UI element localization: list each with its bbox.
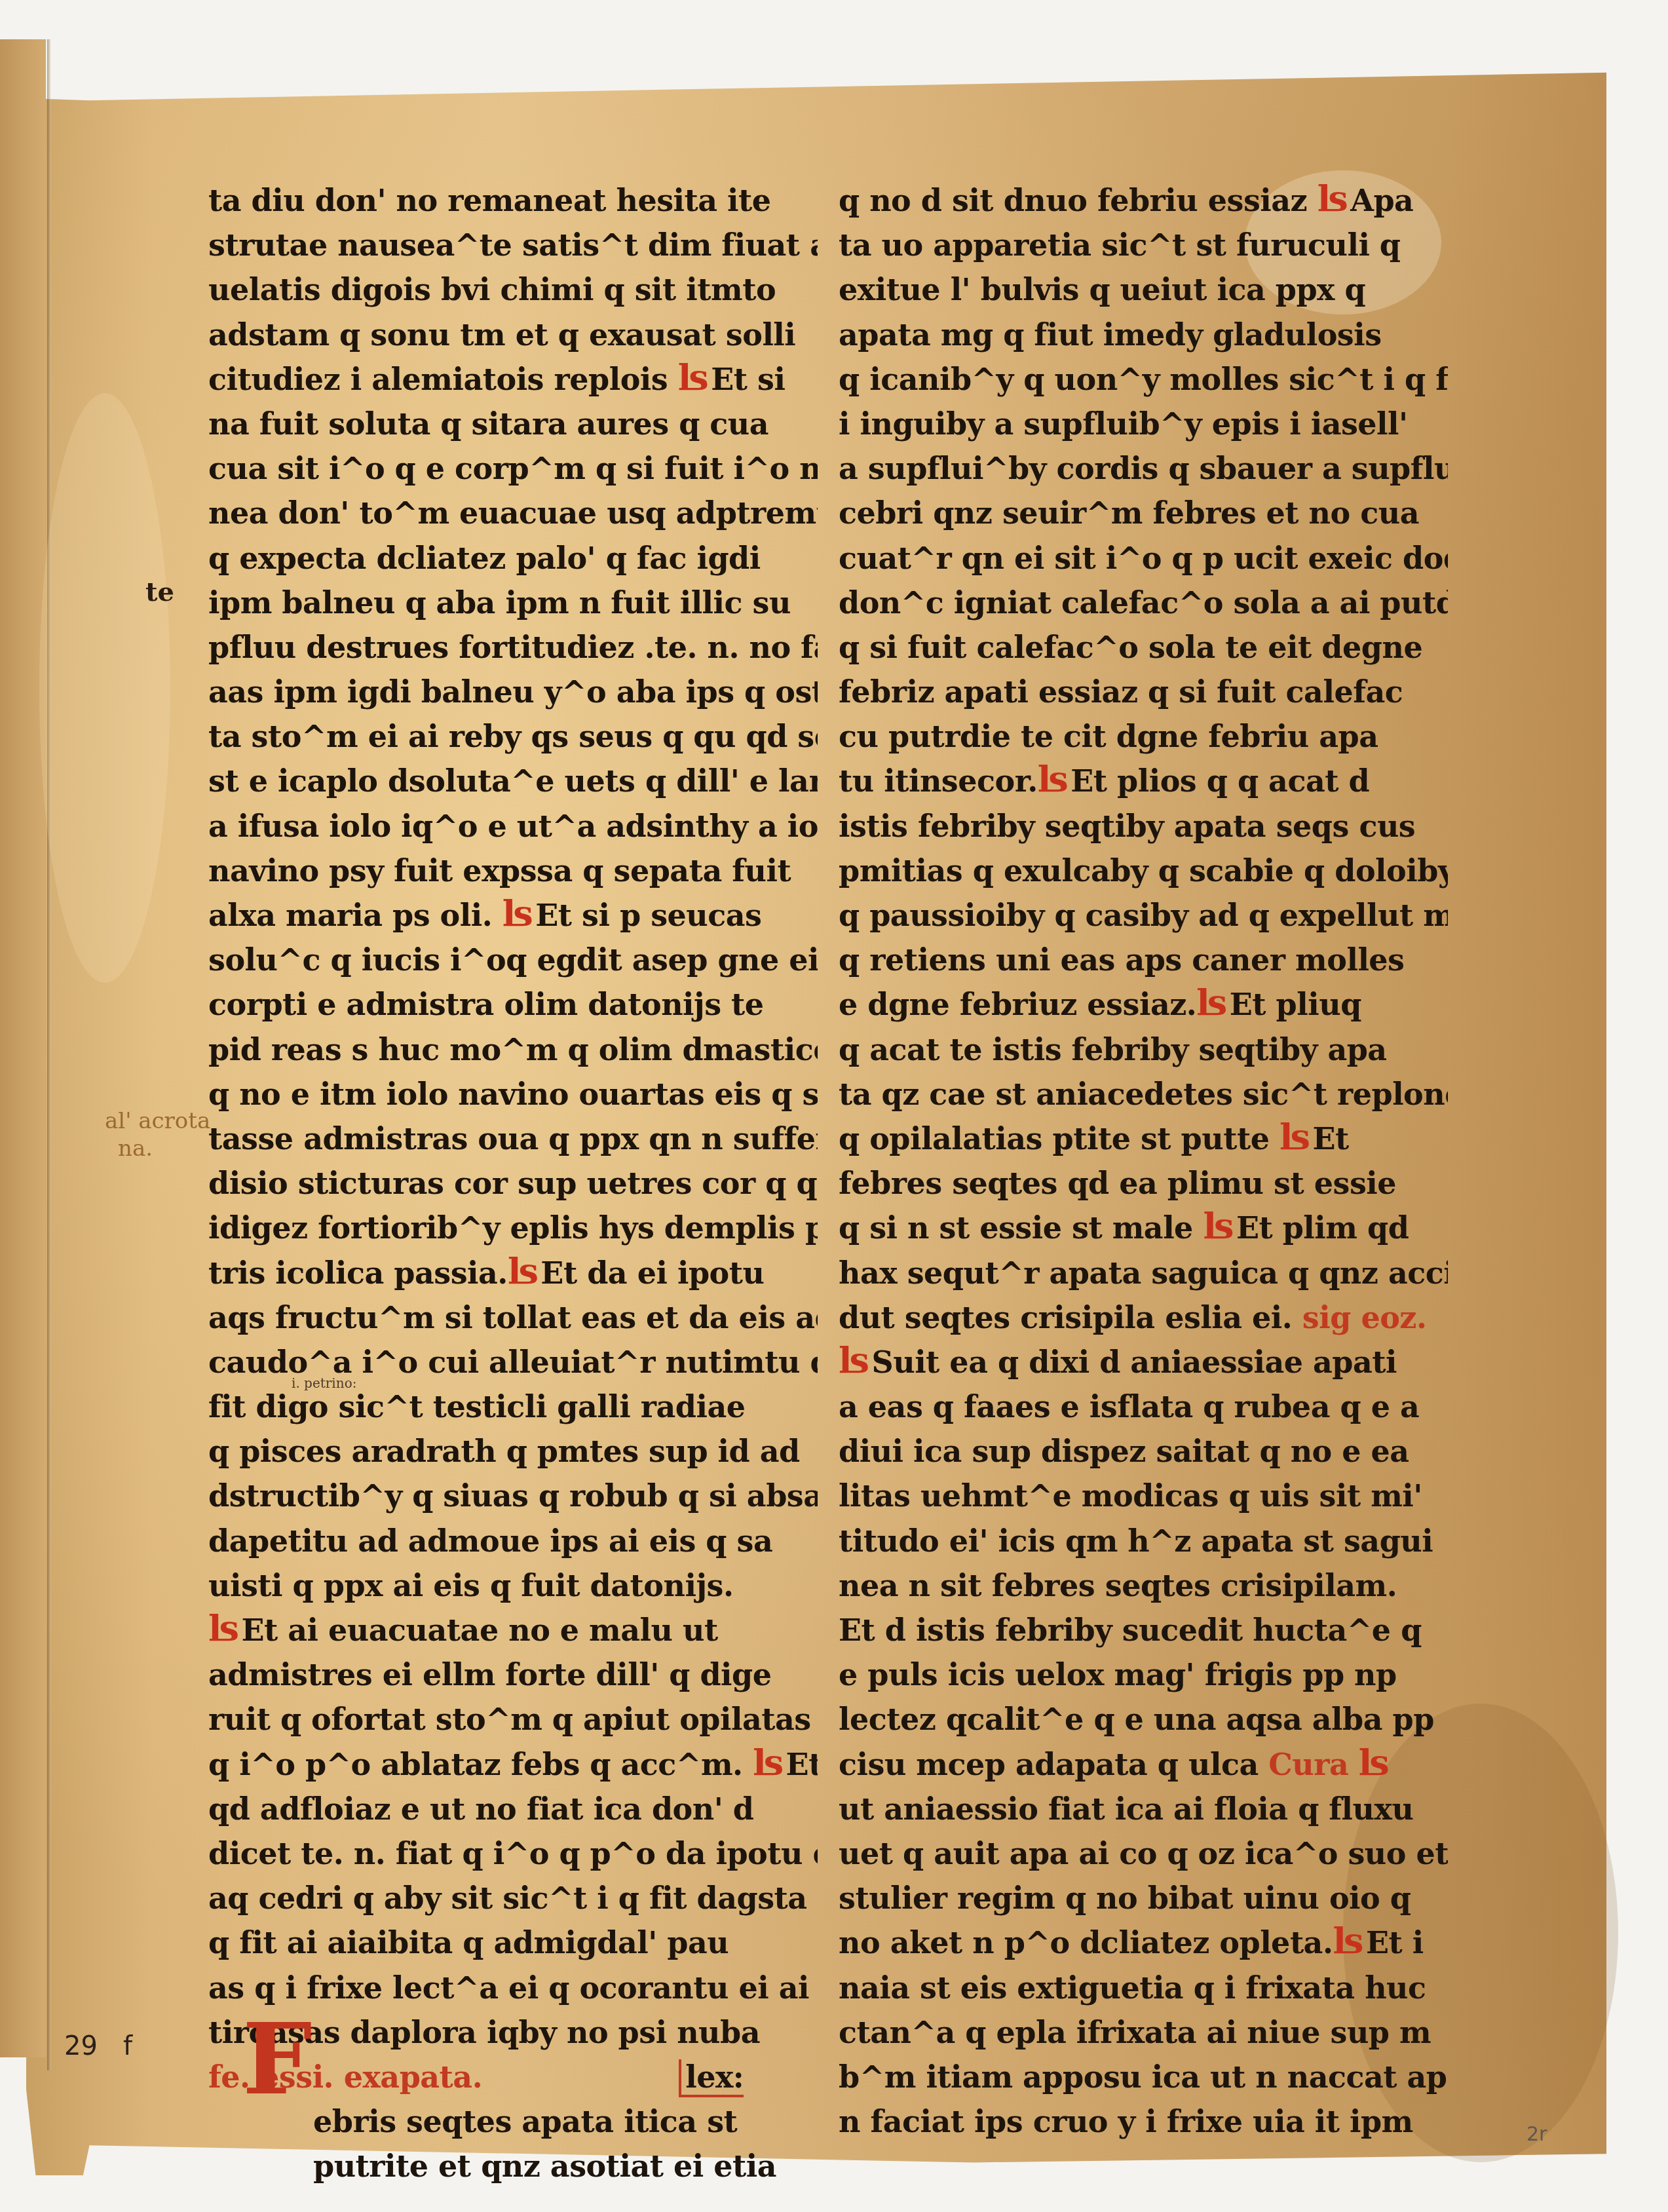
left-text-column: ta diu don' no remaneat hesita ite strut…	[208, 178, 818, 2188]
paragraph-mark: ʪ	[753, 1749, 783, 1776]
text-segment: Et plios q q acat d	[1071, 763, 1369, 799]
text-line: dut seqtes crisipila eslia ei. sig eoz.	[839, 1295, 1448, 1340]
text-segment: q no d sit dnuo febriu essiaz	[839, 183, 1307, 218]
text-segment: alxa maria ps oli.	[208, 898, 492, 933]
margin-gloss-line: al' acrota	[105, 1107, 210, 1135]
text-segment: q opilalatias ptite st putte	[839, 1121, 1269, 1156]
text-line: cua sit i^o q e corp^m q si fuit i^o n r…	[208, 446, 818, 491]
text-line: tu itinsecor.ʪEt plios q q acat d	[839, 759, 1448, 803]
text-segment: tu itinsecor.	[839, 763, 1038, 799]
text-line: solu^c q iucis i^oq egdit asep gne ei q	[208, 938, 818, 982]
text-line: e dgne febriuz essiaz.ʪEt pliuq	[839, 982, 1448, 1027]
text-line: na fuit soluta q sitara aures q cua	[208, 402, 818, 446]
text-line: don^c igniat calefac^o sola a ai putdie	[839, 581, 1448, 625]
text-line: strutae nausea^te satis^t dim fiuat abu	[208, 223, 818, 267]
text-line: adstam q sonu tm et q exausat solli	[208, 313, 818, 357]
text-line: cebri qnz seuir^m febres et no cua	[839, 491, 1448, 535]
paragraph-mark: ʪ	[839, 1347, 869, 1373]
text-line: disio sticturas cor sup uetres cor q qnz	[208, 1161, 818, 1206]
text-line: a eas q faaes e isflata q rubea q e a	[839, 1384, 1448, 1429]
binding-stub	[0, 39, 46, 2057]
text-line: q no e itm iolo navino ouartas eis q sto	[208, 1072, 818, 1116]
text-line: putrite et qnz asotiat ei etia	[208, 2144, 818, 2188]
text-segment: Et pliuq	[1230, 987, 1361, 1022]
text-segment: Suit ea q dixi d aniaessiae apati	[871, 1344, 1397, 1380]
text-line: aqs fructu^m si tollat eas et da eis ad	[208, 1295, 818, 1340]
text-line: febriz apati essiaz q si fuit calefac	[839, 670, 1448, 714]
text-line: citudiez i alemiatois replois ʪEt si	[208, 357, 818, 402]
text-segment: q i^o p^o ablataz febs q acc^m.	[208, 1747, 743, 1782]
text-line: ta diu don' no remaneat hesita ite	[208, 178, 818, 223]
pencil-note: 2r	[1526, 2123, 1547, 2146]
text-line: st e icaplo dsoluta^e uets q dill' e lan	[208, 759, 818, 803]
text-line: uelatis digois bvi chimi q sit itmto	[208, 267, 818, 312]
text-segment: Et ai euacuatae no e malu ut	[241, 1612, 717, 1648]
text-line: ruit q ofortat sto^m q apiut opilatas	[208, 1697, 818, 1742]
text-line: naia st eis extiguetia q i frixata huc	[839, 1966, 1448, 2010]
text-segment: Apa	[1350, 183, 1413, 218]
text-line: lectez qcalit^e q e una aqsa alba pp	[839, 1697, 1448, 1742]
text-line: ctan^a q epla ifrixata ai niue sup m	[839, 2010, 1448, 2055]
text-line: e puls icis uelox mag' frigis pp np	[839, 1652, 1448, 1697]
text-segment: Et da ei ipotu	[540, 1255, 764, 1291]
text-line: q opilalatias ptite st putte ʪEt	[839, 1116, 1448, 1161]
text-line: a ifusa iolo iq^o e ut^a adsinthy a iolo	[208, 804, 818, 849]
text-line: q si fuit calefac^o sola te eit degne	[839, 625, 1448, 670]
text-line: uisti q ppx ai eis q fuit datonijs.	[208, 1563, 818, 1608]
text-line: i inguiby a supfluib^y epis i iasell'	[839, 402, 1448, 446]
text-line: dapetitu ad admoue ips ai eis q sa	[208, 1519, 818, 1563]
gutter-fold	[47, 39, 51, 2070]
text-line: q i^o p^o ablataz febs q acc^m. ʪEt it	[208, 1742, 818, 1787]
text-line: dicet te. n. fiat q i^o q p^o da ipotu e	[208, 1831, 818, 1876]
paragraph-mark: ʪ	[508, 1258, 538, 1284]
text-line: ipm balneu q aba ipm n fuit illic su	[208, 581, 818, 625]
text-line: cuat^r qn ei sit i^o q p ucit exeic dode	[839, 536, 1448, 581]
text-line: b^m itiam apposu ica ut n naccat apati	[839, 2055, 1448, 2099]
margin-gloss-line: na.	[105, 1135, 210, 1162]
text-line: ta sto^m ei ai reby qs seus q qu qd sept…	[208, 714, 818, 759]
text-segment: cisu mcep adapata q ulca	[839, 1747, 1259, 1782]
paragraph-mark: ʪ	[1333, 1928, 1363, 1954]
folio-number: 29	[64, 2031, 98, 2061]
text-line: no aket n p^o dcliatez opleta.ʪEt i	[839, 1920, 1448, 1965]
text-segment: citudiez i alemiatois replois	[208, 362, 668, 397]
text-segment: dut seqtes crisipila eslia ei.	[839, 1300, 1292, 1335]
text-line: apata mg q fiut imedy gladulosis	[839, 313, 1448, 357]
text-line: q fit ai aiaibita q admigdal' pau	[208, 1920, 818, 1965]
text-segment: Et si p seucas	[535, 898, 761, 933]
text-line: Et d istis febriby sucedit hucta^e q	[839, 1608, 1448, 1652]
folio-suffix: f	[123, 2031, 132, 2061]
text-line: cisu mcep adapata q ulca Cura ʪ	[839, 1742, 1448, 1787]
text-line: tasse admistras oua q ppx qn n suffer	[208, 1116, 818, 1161]
text-segment: Et it	[786, 1747, 818, 1782]
text-line: idigez fortiorib^y eplis hys demplis p	[208, 1206, 818, 1250]
text-line: istis febriby seqtiby apata seqs cus	[839, 804, 1448, 849]
text-line: q icanib^y q uon^y molles sic^t i q fiut	[839, 357, 1448, 402]
text-line: ut aniaessio fiat ica ai floia q fluxu	[839, 1787, 1448, 1831]
interlinear-gloss: i. petrino:	[292, 1369, 356, 1397]
text-line: aq cedri q aby sit sic^t i q fit dagsta	[208, 1876, 818, 1920]
paragraph-mark: ʪ	[1279, 1124, 1310, 1150]
text-line: hax sequt^r apata saguica q qnz acci	[839, 1251, 1448, 1295]
text-line: pid reas s huc mo^m q olim dmastice	[208, 1027, 818, 1072]
text-line: ʪSuit ea q dixi d aniaessiae apati	[839, 1340, 1448, 1384]
text-segment: no aket n p^o dcliatez opleta.	[839, 1925, 1333, 1960]
text-line: ʪEt ai euacuatae no e malu ut	[208, 1608, 818, 1652]
text-line: litas uehmt^e modicas q uis sit mi'	[839, 1474, 1448, 1518]
red-initial-F: F	[242, 2010, 313, 2108]
rubric-cura: Cura	[1268, 1747, 1348, 1782]
paragraph-mark: ʪ	[502, 900, 533, 926]
text-line: tris icolica passia.ʪEt da ei ipotu	[208, 1251, 818, 1295]
paragraph-mark: ʪ	[1203, 1213, 1233, 1239]
text-line: uet q auit apa ai co q oz ica^o suo et	[839, 1831, 1448, 1876]
text-segment: Et i	[1366, 1925, 1424, 1960]
text-line: qd adfloiaz e ut no fiat ica don' d	[208, 1787, 818, 1831]
paragraph-mark: ʪ	[1359, 1749, 1389, 1776]
text-line: admistres ei ellm forte dill' q dige	[208, 1652, 818, 1697]
text-segment: Et si	[711, 362, 785, 397]
text-line: nea don' to^m euacuae usq adptremu ei	[208, 491, 818, 535]
text-line: q retiens uni eas aps caner molles	[839, 938, 1448, 982]
text-line: n faciat ips cruo y i frixe uia it ipm	[839, 2099, 1448, 2144]
text-segment: Et plim qd	[1236, 1210, 1409, 1246]
text-line: a supflui^by cordis q sbauer a supfluby	[839, 446, 1448, 491]
text-segment: tris icolica passia.	[208, 1255, 508, 1291]
text-segment: q si n st essie st male	[839, 1210, 1193, 1246]
text-line: pmitias q exulcaby q scabie q doloiby	[839, 849, 1448, 893]
paragraph-mark: ʪ	[1038, 766, 1068, 792]
text-line: dstructib^y q siuas q robub q si absadi	[208, 1474, 818, 1518]
text-line: q no d sit dnuo febriu essiaz ʪApa	[839, 178, 1448, 223]
text-line: corpti e admistra olim datonijs te	[208, 982, 818, 1027]
text-line: stulier regim q no bibat uinu oio q	[839, 1876, 1448, 1920]
right-text-column: q no d sit dnuo febriu essiaz ʪApa ta uo…	[839, 178, 1448, 2144]
paragraph-mark: ʪ	[678, 364, 708, 391]
text-line: febres seqtes qd ea plimu st essie	[839, 1161, 1448, 1206]
text-line: q acat te istis febriby seqtiby apa	[839, 1027, 1448, 1072]
paragraph-mark: ʪ	[208, 1615, 238, 1641]
paragraph-mark: ʪ	[1196, 989, 1226, 1016]
text-line: ta qz cae st aniacedetes sic^t replone	[839, 1072, 1448, 1116]
text-line: q paussioiby q casiby ad q expellut m	[839, 893, 1448, 938]
text-line: exitue l' bulvis q ueiut ica ppx q	[839, 267, 1448, 312]
text-line: q pisces aradrath q pmtes sup id ad	[208, 1429, 818, 1474]
margin-gloss: al' acrota na.	[105, 1107, 210, 1162]
text-line: ta uo apparetia sic^t st furuculi q	[839, 223, 1448, 267]
text-line: diui ica sup dispez saitat q no e ea	[839, 1429, 1448, 1474]
text-segment: Et	[1312, 1121, 1348, 1156]
rubric-signs: sig eoz.	[1302, 1300, 1427, 1335]
text-line: nea n sit febres seqtes crisipilam.	[839, 1563, 1448, 1608]
text-line: titudo ei' icis qm h^z apata st sagui	[839, 1519, 1448, 1563]
text-segment: e dgne febriuz essiaz.	[839, 987, 1196, 1022]
text-line: q si n st essie st male ʪEt plim qd	[839, 1206, 1448, 1250]
paragraph-mark: ʪ	[1317, 185, 1348, 212]
text-line: aas ipm igdi balneu y^o aba ips q osto	[208, 670, 818, 714]
text-line: q expecta dcliatez palo' q fac igdi	[208, 536, 818, 581]
text-line: alxa maria ps oli. ʪEt si p seucas	[208, 893, 818, 938]
text-line: pfluu destrues fortitudiez .te. n. no fa	[208, 625, 818, 670]
margin-mark: te	[145, 577, 174, 607]
rubric-tag: lex:	[679, 2059, 744, 2097]
text-line: navino psy fuit expssa q sepata fuit	[208, 849, 818, 893]
text-line: cu putrdie te cit dgne febriu apa	[839, 714, 1448, 759]
